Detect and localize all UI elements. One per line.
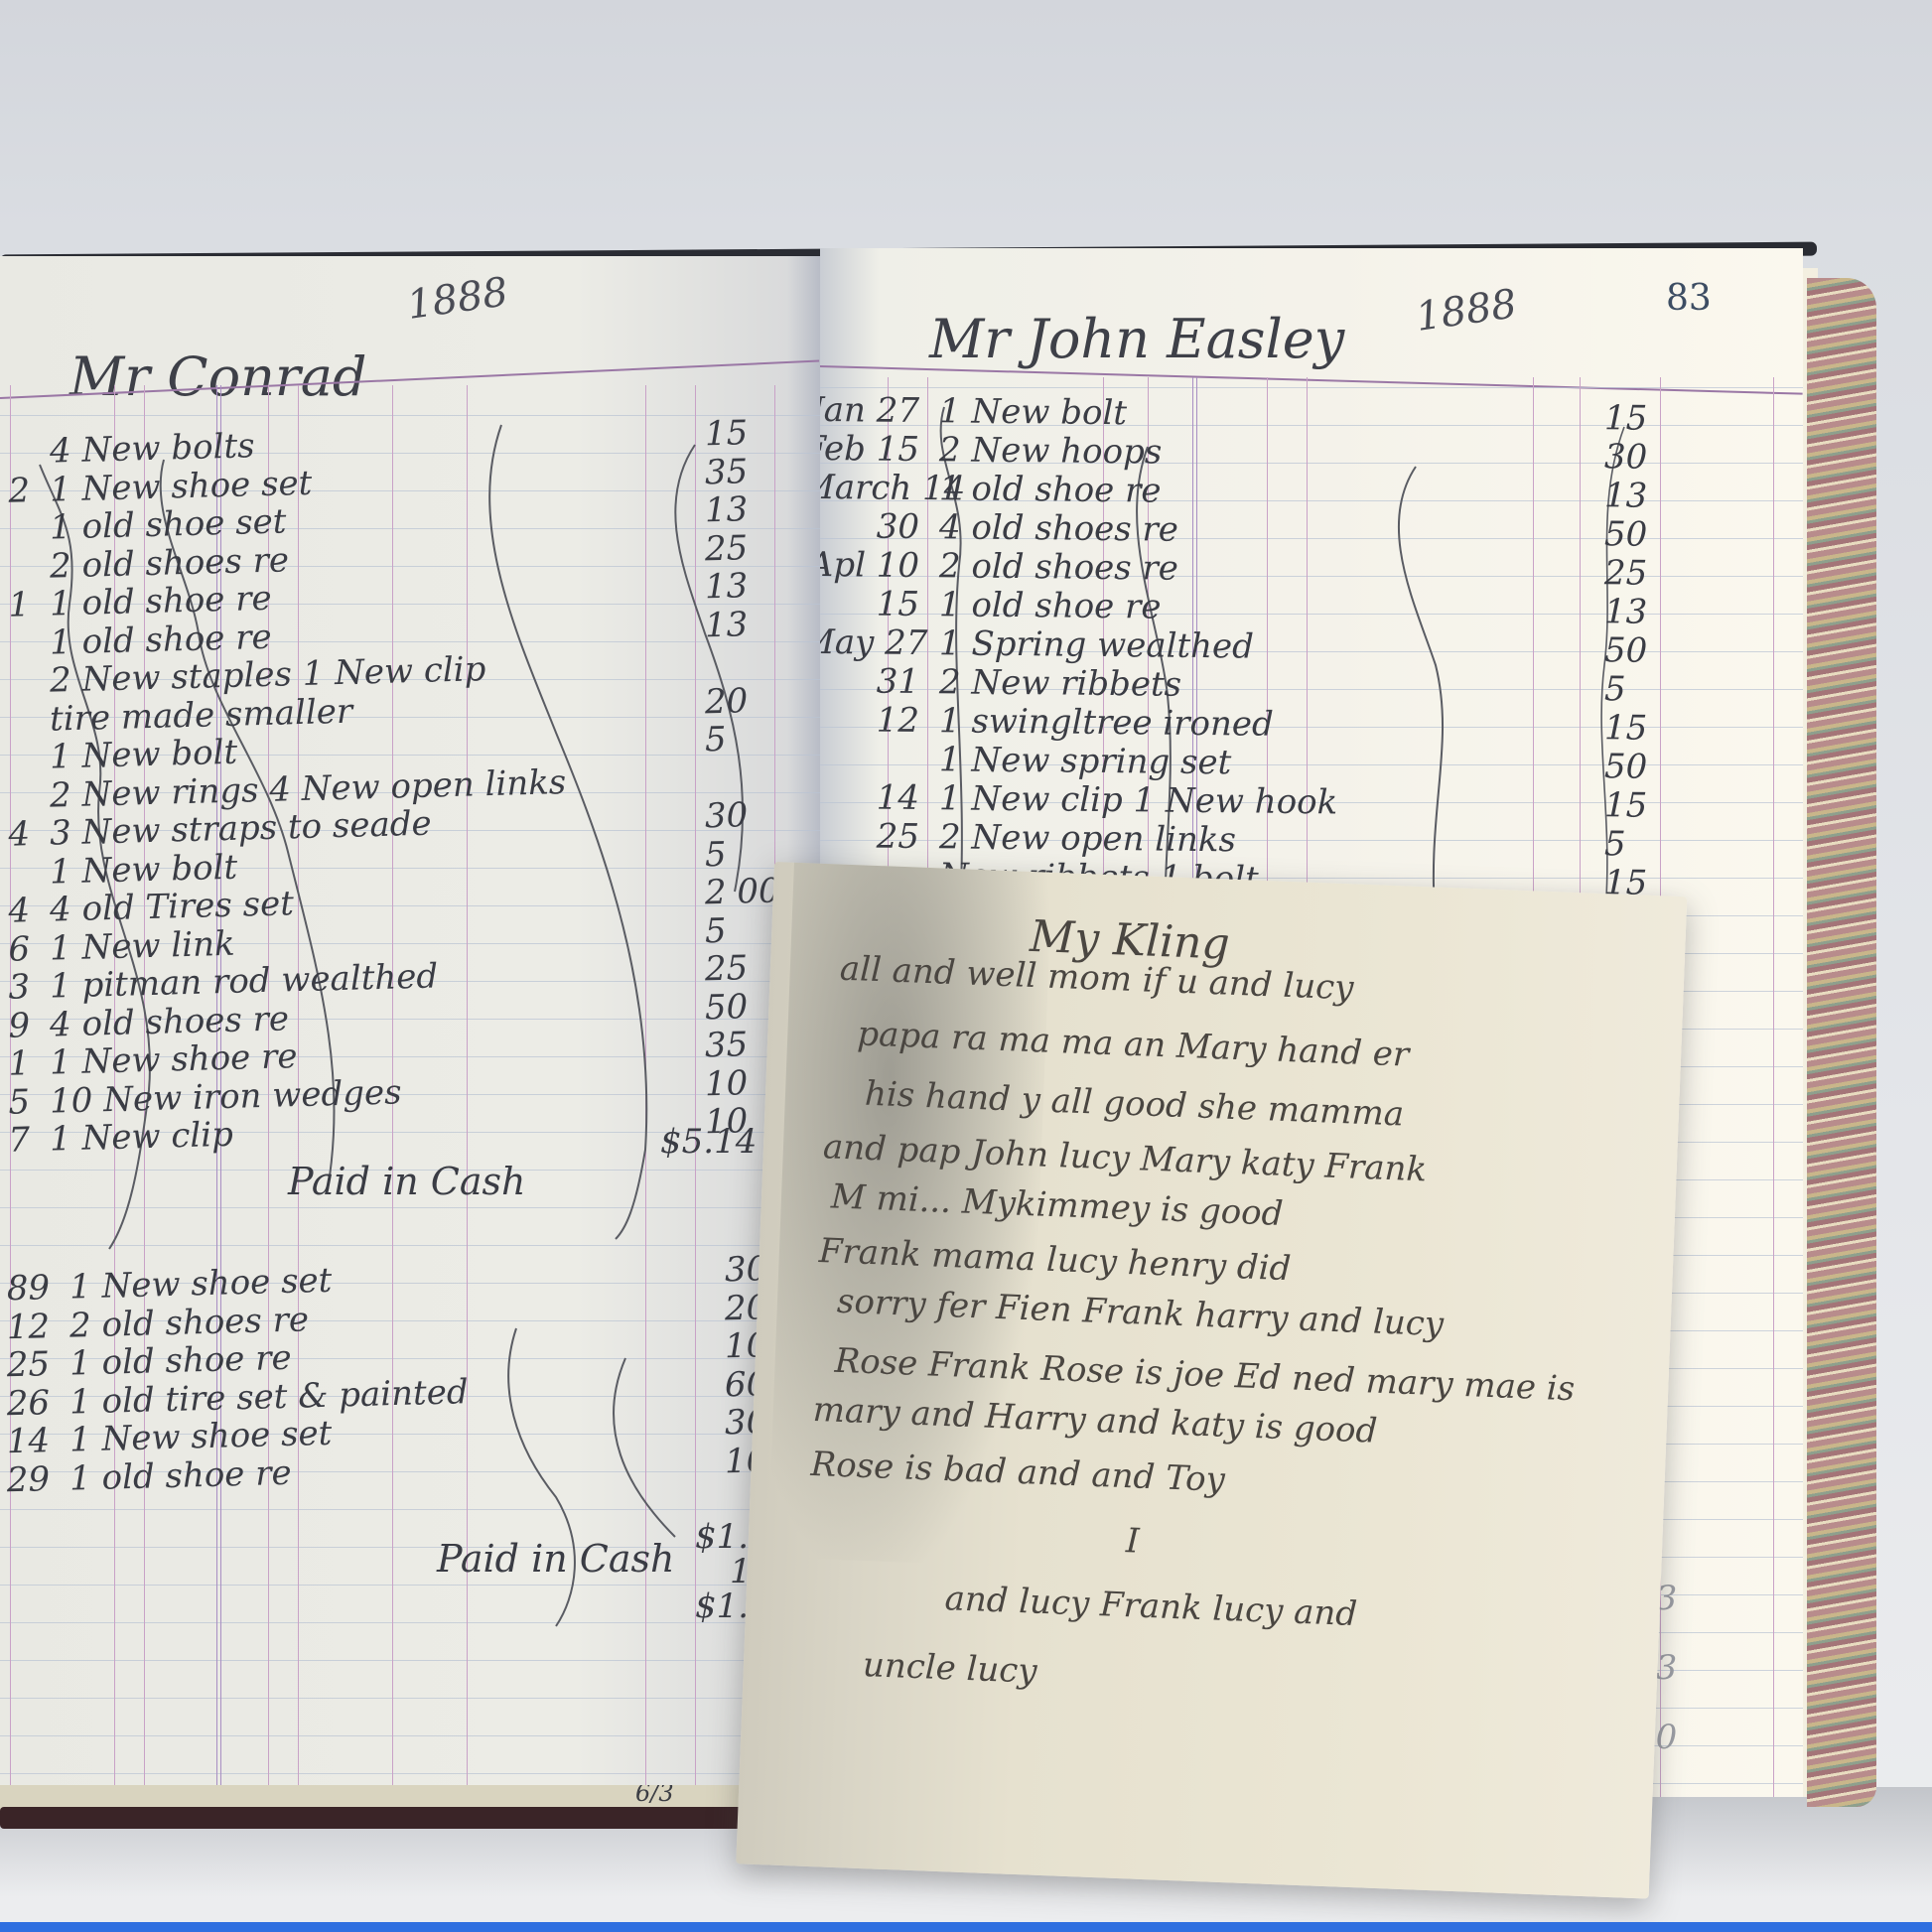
entry-amount: 5: [704, 720, 727, 760]
entry-date: [820, 855, 919, 856]
entry-description: 1 New link: [50, 923, 235, 968]
entry-date: 6: [0, 929, 31, 971]
entry-description: 1 New bolt: [939, 391, 1127, 433]
entry-description: 2 New ribbets: [939, 662, 1182, 705]
entry-date: 29: [0, 1459, 51, 1501]
entry-description: 2 old shoes re: [939, 546, 1178, 589]
entry-date: 25: [820, 816, 919, 857]
entry-amount: 5: [704, 834, 727, 875]
entry-date: 26: [0, 1383, 51, 1425]
entry-description: 1 New clip 1 New hook: [939, 778, 1338, 822]
entry-date: 14: [0, 1421, 51, 1462]
entry-date: [0, 623, 30, 625]
entry-amount: 30: [1604, 437, 1648, 477]
page-number: 83: [1666, 278, 1712, 319]
entry-description: 4 old shoes re: [939, 507, 1178, 550]
entry-date: 15: [820, 584, 919, 624]
entry-description: 1 old shoe re: [939, 469, 1162, 510]
entry-date: [0, 508, 30, 510]
left-paid-note-2: Paid in Cash: [437, 1537, 675, 1581]
entry-date: 4: [0, 891, 31, 932]
entry-date: [0, 432, 30, 434]
ruling-line: [0, 1698, 820, 1699]
entry-amount: 13: [704, 605, 748, 645]
entry-date: Apl 10: [820, 545, 919, 586]
handwritten-letter: My Klingall and well mom if u and lucypa…: [736, 862, 1687, 1899]
entry-amount: 15: [1604, 398, 1648, 438]
entry-description: 2 New hoops: [939, 430, 1163, 472]
entry-amount: 15: [1604, 708, 1648, 748]
entry-description: 4 New bolts: [50, 426, 255, 471]
entry-date: [0, 776, 30, 778]
entry-date: [0, 700, 30, 702]
ruling-line: [0, 1773, 820, 1774]
entry-amount: 25: [704, 948, 748, 989]
entry-description: 1 old shoe re: [69, 1452, 292, 1498]
entry-amount: 20: [704, 681, 748, 722]
right-account-name: Mr John Easley: [929, 308, 1344, 370]
entry-date: 2: [0, 471, 31, 512]
entry-date: 9: [0, 1006, 31, 1047]
marbled-fore-edge: [1807, 278, 1876, 1807]
entry-date: 30: [820, 506, 919, 547]
entry-date: [0, 547, 30, 549]
entry-date: 1: [0, 1043, 31, 1085]
entry-amount: 35: [704, 1025, 748, 1065]
left-subtotal-1: $5.14: [660, 1122, 757, 1162]
entry-amount: 35: [704, 452, 748, 492]
entry-date: 12: [820, 700, 919, 741]
letter-line: and lucy Frank lucy and: [944, 1579, 1358, 1634]
entry-amount: 13: [1604, 476, 1648, 515]
ruling-line: [0, 1735, 820, 1736]
entry-amount: 5: [704, 910, 727, 951]
ledger-left-page: 1888 Mr Conrad 4 New bolts1521 New shoe …: [0, 256, 820, 1785]
entry-date: March 14: [820, 468, 919, 508]
entry-amount: 30: [704, 795, 748, 836]
entry-date: 31: [820, 661, 919, 702]
entry-date: 3: [0, 967, 31, 1009]
entry-description: 1 New clip: [50, 1115, 234, 1160]
entry-description: 1 New spring set: [939, 740, 1232, 782]
entry-amount: 50: [704, 987, 748, 1028]
bottom-blue-strip: [0, 1922, 1932, 1932]
entry-date: 12: [0, 1307, 51, 1348]
letter-line: uncle lucy: [862, 1645, 1037, 1692]
left-paid-note-1: Paid in Cash: [288, 1160, 526, 1203]
entry-date: 5: [0, 1082, 31, 1124]
entry-date: [0, 738, 30, 740]
entry-description: 1 swingltree ironed: [939, 701, 1274, 745]
entry-date: [820, 739, 919, 740]
entry-amount: 50: [1604, 630, 1648, 670]
entry-date: 4: [0, 814, 31, 856]
entry-amount: 13: [704, 489, 748, 530]
right-page-year: 1888: [1413, 281, 1519, 341]
entry-date: 14: [820, 777, 919, 818]
photo-scene: 6/3 1888 Mr Conrad 4 New bolts1521 N: [0, 0, 1932, 1932]
entry-amount: 13: [1604, 592, 1648, 631]
entry-amount: 15: [704, 413, 748, 454]
entry-amount: 10: [704, 1063, 748, 1104]
letter-line: I: [1125, 1521, 1140, 1561]
entry-date: May 27: [820, 622, 919, 663]
entry-date: [0, 853, 30, 855]
entry-description: 1 old shoe re: [939, 585, 1162, 626]
entry-amount: 5: [1604, 669, 1626, 709]
entry-description: 2 New open links: [939, 817, 1236, 860]
entry-date: Feb 15: [820, 429, 919, 470]
entry-date: 89: [0, 1268, 51, 1310]
entry-amount: 50: [1604, 747, 1648, 786]
entry-amount: 15: [1604, 785, 1648, 825]
entry-date: 1: [0, 585, 31, 626]
entry-amount: 2 00: [704, 871, 780, 912]
entry-date: 7: [0, 1120, 31, 1162]
entry-description: 1 Spring wealthed: [939, 623, 1254, 666]
entry-description: 1 New bolt: [50, 733, 238, 777]
entry-date: [0, 661, 30, 663]
left-page-year: 1888: [404, 269, 510, 329]
entry-amount: 13: [704, 566, 748, 607]
entry-amount: 5: [1604, 824, 1626, 864]
entry-date: 25: [0, 1344, 51, 1386]
entry-amount: 25: [704, 528, 748, 569]
entry-amount: 50: [1604, 514, 1648, 554]
entry-date: Jan 27: [820, 390, 919, 431]
entry-amount: 25: [1604, 553, 1648, 593]
